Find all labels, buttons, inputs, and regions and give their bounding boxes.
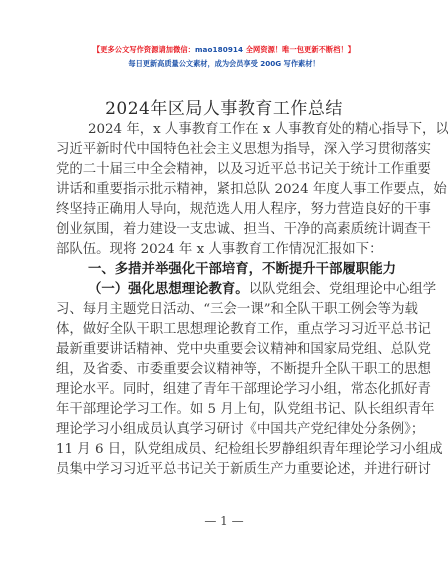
subsection-heading-1: （一）强化思想理论教育。 — [88, 282, 249, 297]
intro-line: 讲话和重要指示批示精神，紧扣总队 2024 年度人事工作要点，始 — [56, 180, 394, 200]
section-heading-1: 一、多措并举强化干部培育，不断提升干部履职能力 — [56, 260, 394, 280]
subsection-first-line-text: 以队党组会、党组理论中心组学 — [249, 282, 436, 297]
body-line: 理论水平。同时，组建了青年干部理论学习小组，常态化抓好青 — [56, 380, 394, 400]
document-title: 2024年区局人事教育工作总结 — [0, 94, 448, 119]
body-line: 组，及省委、市委重要会议精神等，不断提升全队干职工的思想 — [56, 360, 394, 380]
body-line: 体，做好全队干职工思想理论教育工作，重点学习习近平总书记 — [56, 320, 394, 340]
promo-banner-line-1: 【更多公文写作资源请加微信：mao180914 全网资源！唯一包更新不断档！】 — [0, 45, 448, 55]
intro-line: 习近平新时代中国特色社会主义思想为指导，深入学习贯彻落实 — [56, 140, 394, 160]
document-body: 2024 年，x 人事教育工作在 x 人事教育处的精心指导下，以 习近平新时代中… — [56, 120, 394, 480]
body-line: 年干部理论学习工作。如 5 月上旬，队党组书记、队长组织青年 — [56, 400, 394, 420]
document-page: 【更多公文写作资源请加微信：mao180914 全网资源！唯一包更新不断档！】 … — [0, 0, 448, 580]
promo-wechat-id: mao180914 — [195, 45, 243, 54]
page-number: — 1 — — [0, 514, 448, 528]
intro-line: 党的二十届三中全会精神，以及习近平总书记关于统计工作重要 — [56, 160, 394, 180]
promo-text-part-1: 【更多公文写作资源请加微信： — [93, 45, 195, 54]
intro-line: 创业氛围，着力建设一支忠诚、担当、干净的高素质统计调查干 — [56, 220, 394, 240]
body-line: 员集中学习习近平总书记关于新质生产力重要论述，并进行研讨 — [56, 460, 394, 480]
body-line: 最新重要讲话精神、党中央重要会议精神和国家局党组、总队党 — [56, 340, 394, 360]
body-line: 理论学习小组成员认真学习研讨《中国共产党纪律处分条例》； — [56, 420, 394, 440]
intro-line: 2024 年，x 人事教育工作在 x 人事教育处的精心指导下，以 — [56, 120, 394, 140]
body-line: 习、每月主题党日活动、“三会一课”和全队干职工例会等为载 — [56, 300, 394, 320]
intro-line: 终坚持正确用人导向，规范选人用人程序，努力营造良好的干事 — [56, 200, 394, 220]
subsection-first-line: （一）强化思想理论教育。以队党组会、党组理论中心组学 — [56, 280, 394, 300]
intro-line: 部队伍。现将 2024 年 x 人事教育工作情况汇报如下： — [56, 240, 394, 260]
promo-text-part-2: 全网资源！唯一包更新不断档！】 — [243, 45, 355, 54]
body-line: 11 月 6 日，队党组成员、纪检组长罗静组织青年理论学习小组成 — [56, 440, 394, 460]
promo-banner-line-2: 每日更新高质量公文素材，成为会员享受 200G 写作素材！ — [0, 59, 448, 69]
